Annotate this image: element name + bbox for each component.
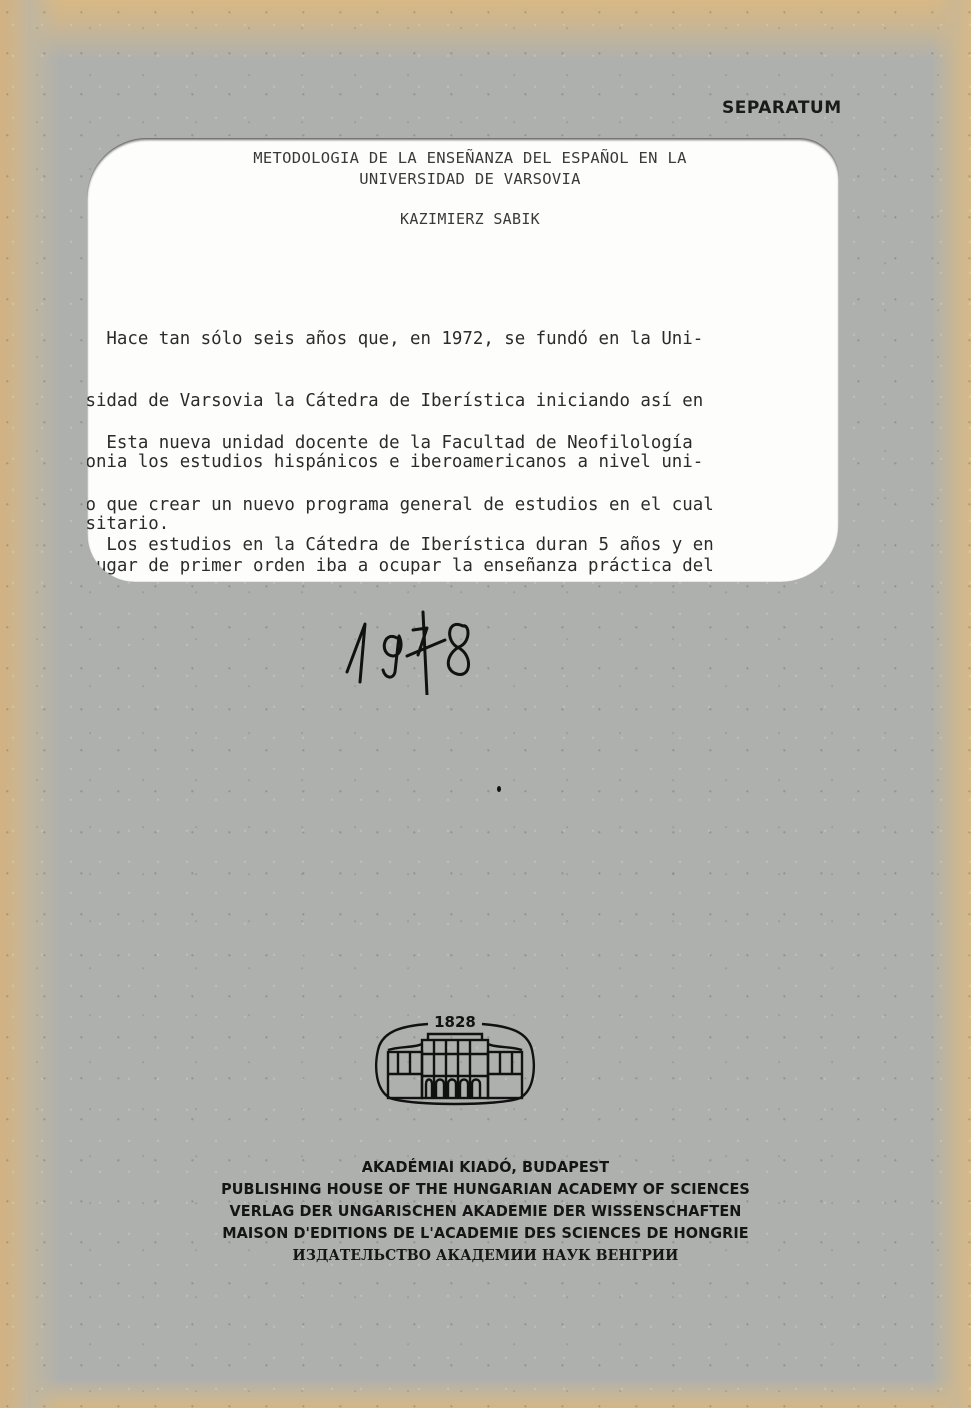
paragraph-line: Los estudios en la Cátedra de Iberística…: [87, 535, 839, 556]
article-title-line: UNIVERSIDAD DE VARSOVIA: [87, 169, 839, 190]
publisher-line: PUBLISHING HOUSE OF THE HUNGARIAN ACADEM…: [34, 1178, 937, 1200]
publisher-line: MAISON D'EDITIONS DE L'ACADEMIE DES SCIE…: [34, 1222, 937, 1244]
paragraph-line: Hace tan sólo seis años que, en 1972, se…: [87, 329, 839, 350]
booklet-cover: SEPARATUM METODOLOGIA DE LA ENSEÑANZA DE…: [0, 0, 971, 1408]
publisher-line: AKADÉMIAI KIADÓ, BUDAPEST: [34, 1156, 937, 1178]
article-title: METODOLOGIA DE LA ENSEÑANZA DEL ESPAÑOL …: [87, 148, 839, 190]
logo-year: 1828: [434, 1013, 476, 1031]
publisher-line: ИЗДАТЕЛЬСТВО АКАДЕМИИ НАУК ВЕНГРИИ: [34, 1244, 937, 1266]
ink-dot: [497, 786, 501, 792]
article-title-line: METODOLOGIA DE LA ENSEÑANZA DEL ESPAÑOL …: [87, 148, 839, 169]
academy-building-icon: 1828: [370, 1010, 540, 1110]
paragraph-line: Esta nueva unidad docente de la Facultad…: [87, 433, 839, 454]
separatum-label: SEPARATUM: [722, 98, 842, 118]
cover-window: METODOLOGIA DE LA ENSEÑANZA DEL ESPAÑOL …: [87, 138, 839, 582]
article-author: KAZIMIERZ SABIK: [87, 210, 839, 228]
handwritten-year: 1978: [335, 600, 485, 695]
publisher-imprint: AKADÉMIAI KIADÓ, BUDAPEST PUBLISHING HOU…: [0, 1156, 971, 1266]
article-paragraph: Los estudios en la Cátedra de Iberística…: [87, 494, 839, 582]
publisher-line: VERLAG DER UNGARISCHEN AKADEMIE DER WISS…: [34, 1200, 937, 1222]
